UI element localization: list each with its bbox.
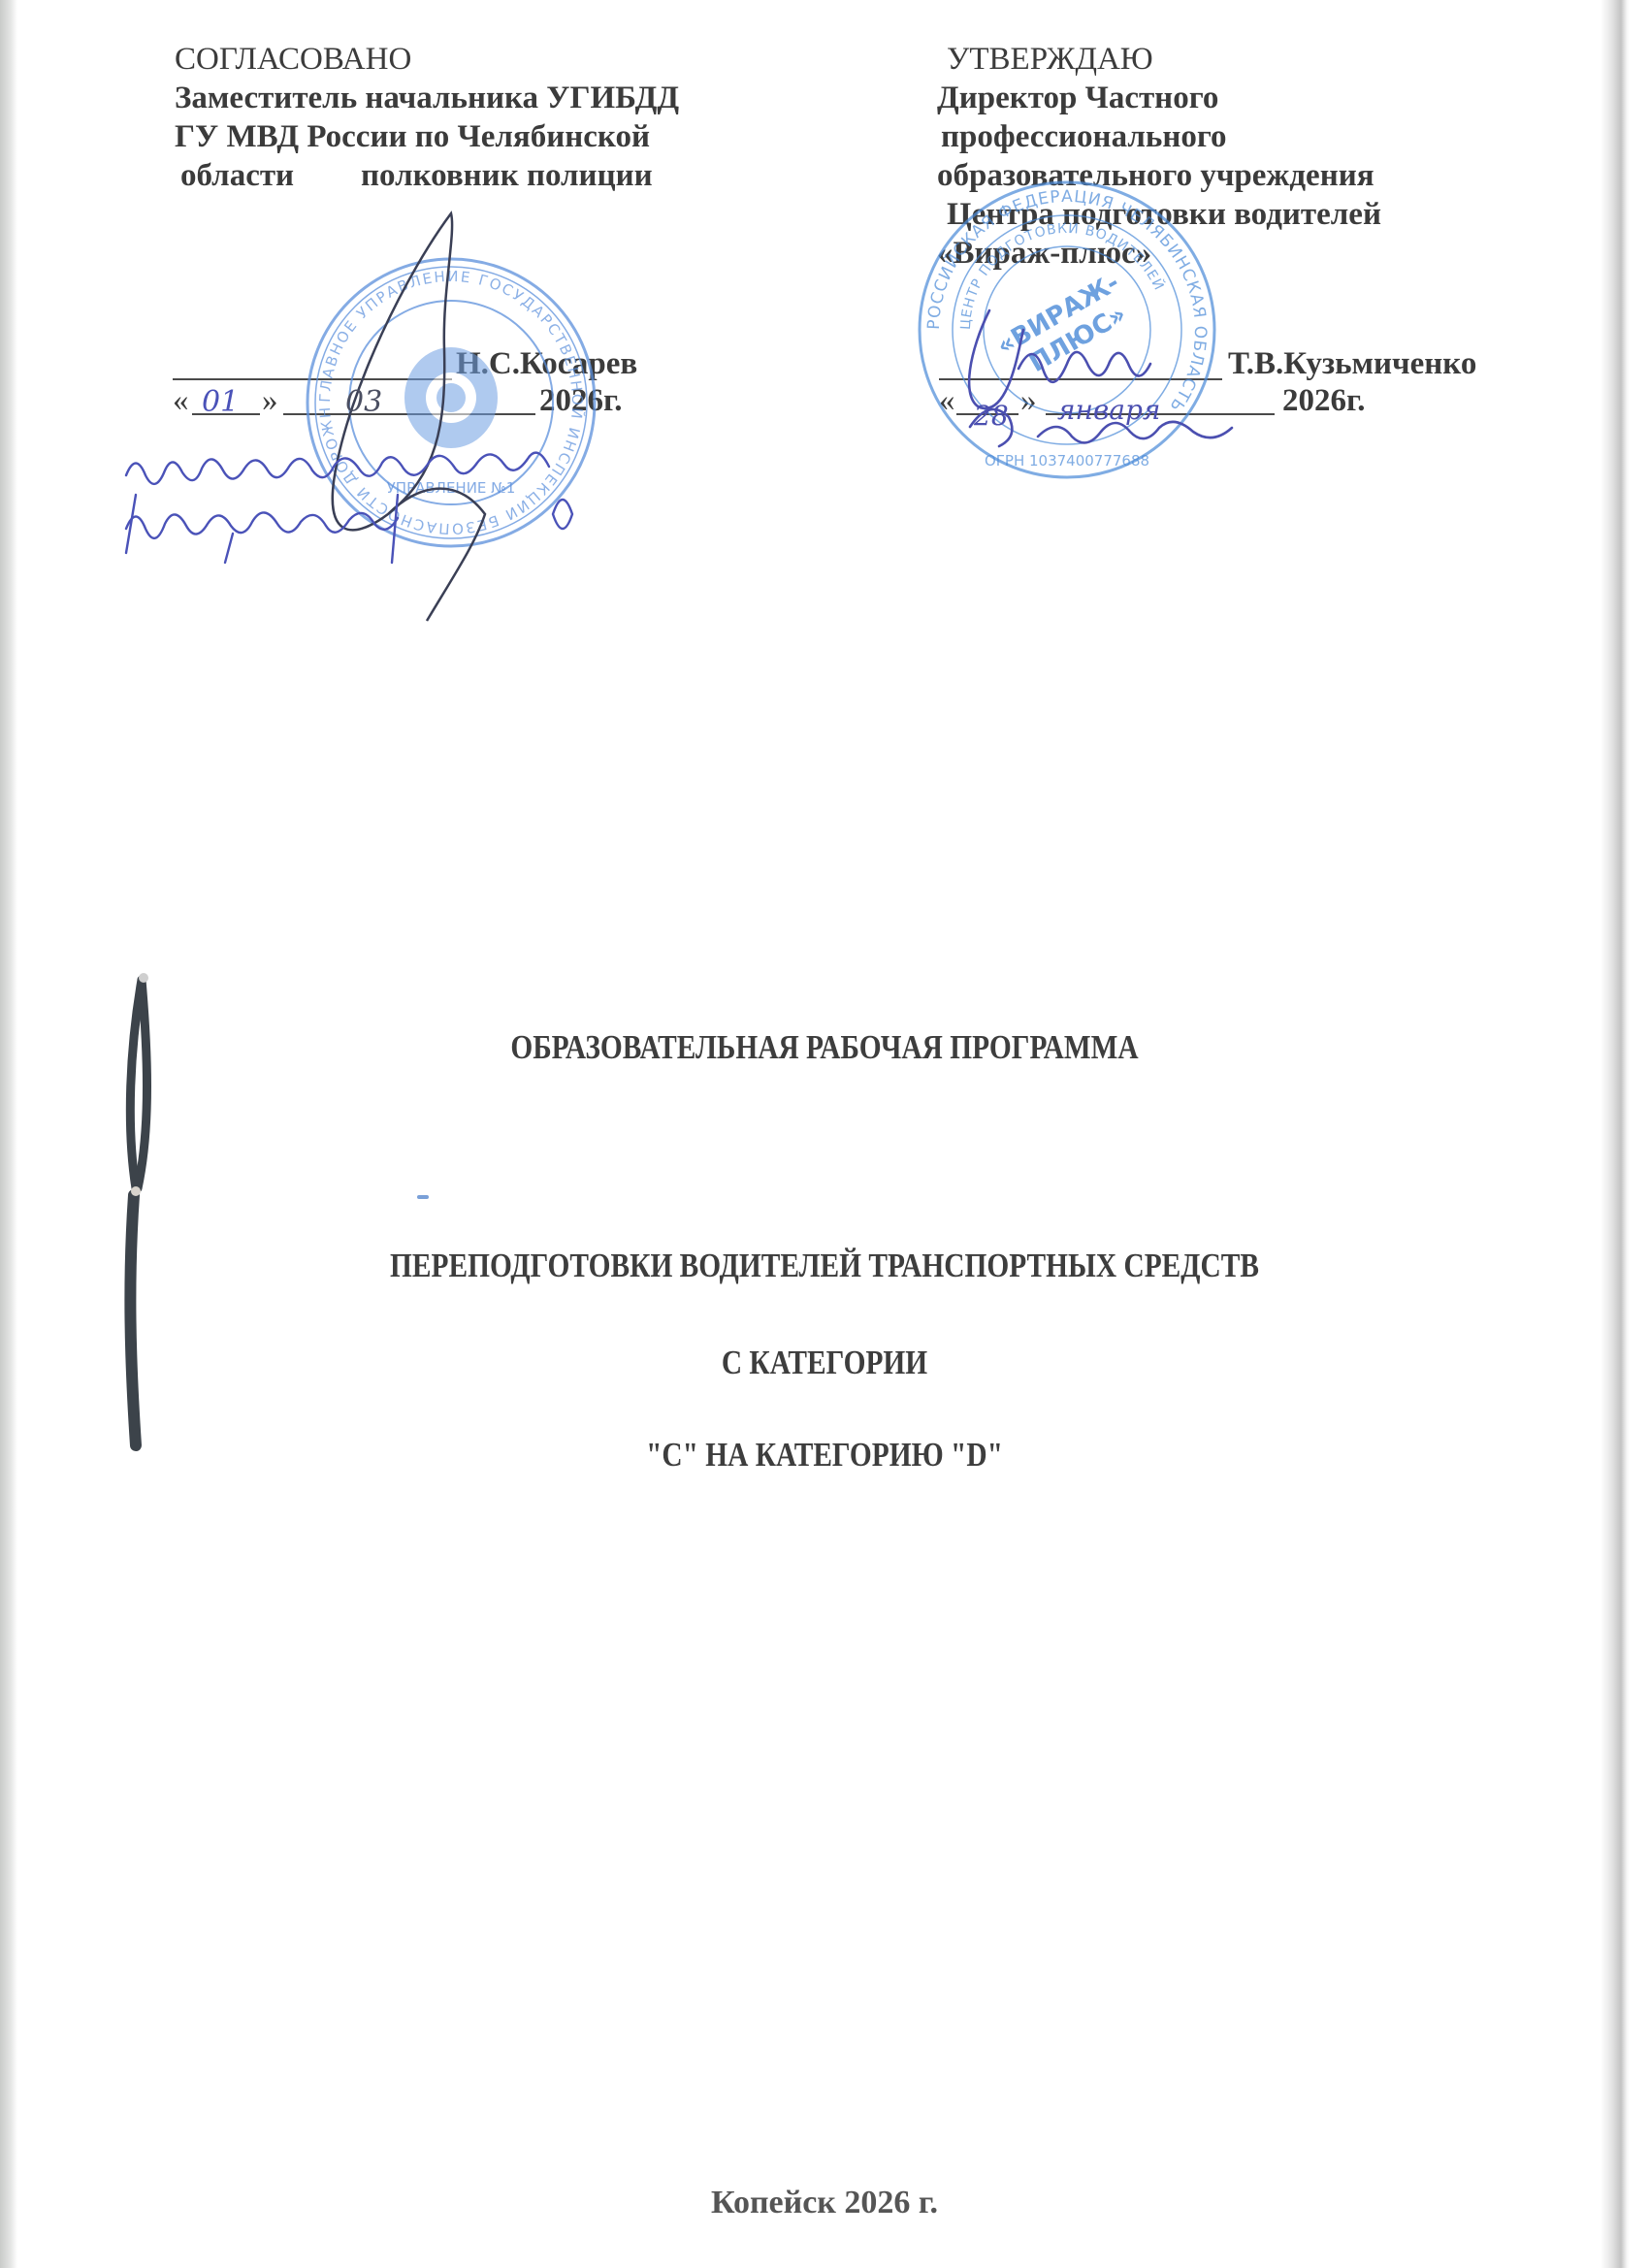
scan-artifact (417, 1195, 429, 1199)
scan-edge-right (1600, 0, 1630, 2268)
program-subtitle-line2: С КАТЕГОРИИ (132, 1344, 1517, 1382)
approved-date-year: 2026г. (1282, 382, 1366, 419)
agreed-position-line3b: полковник полиции (361, 157, 653, 194)
svg-text:03: 03 (345, 385, 382, 419)
program-subtitle-line1: ПЕРЕПОДГОТОВКИ ВОДИТЕЛЕЙ ТРАНСПОРТНЫХ СР… (132, 1247, 1517, 1285)
handwritten-note-scribble (107, 437, 689, 572)
agreed-date-handwriting: 01 03 (190, 376, 559, 425)
scan-edge-left (0, 0, 17, 2268)
signature-kuzmichenko-icon: 28 января (951, 291, 1280, 466)
approved-position-line1: Директор Частного (937, 80, 1218, 116)
svg-text:01: 01 (202, 385, 239, 419)
agreed-position-line2: ГУ МВД России по Челябинской (175, 118, 650, 155)
program-subtitle-line3: "C" НА КАТЕГОРИЮ "D" (132, 1436, 1517, 1474)
program-title: ОБРАЗОВАТЕЛЬНАЯ РАБОЧАЯ ПРОГРАММА (132, 1028, 1517, 1067)
agreed-heading: СОГЛАСОВАНО (175, 41, 411, 78)
agreed-position-line3a: области (180, 157, 294, 194)
approved-heading: УТВЕРЖДАЮ (947, 41, 1153, 78)
place-and-year: Копейск 2026 г. (0, 2185, 1649, 2221)
agreed-date-open-quote: « (173, 382, 189, 419)
approved-position-line2: профессионального (941, 118, 1227, 155)
agreed-position-line1: Заместитель начальника УГИБДД (175, 80, 679, 116)
approved-date-month-handwritten: января (1057, 394, 1160, 426)
approved-date-day-handwritten: 28 (973, 400, 1009, 432)
